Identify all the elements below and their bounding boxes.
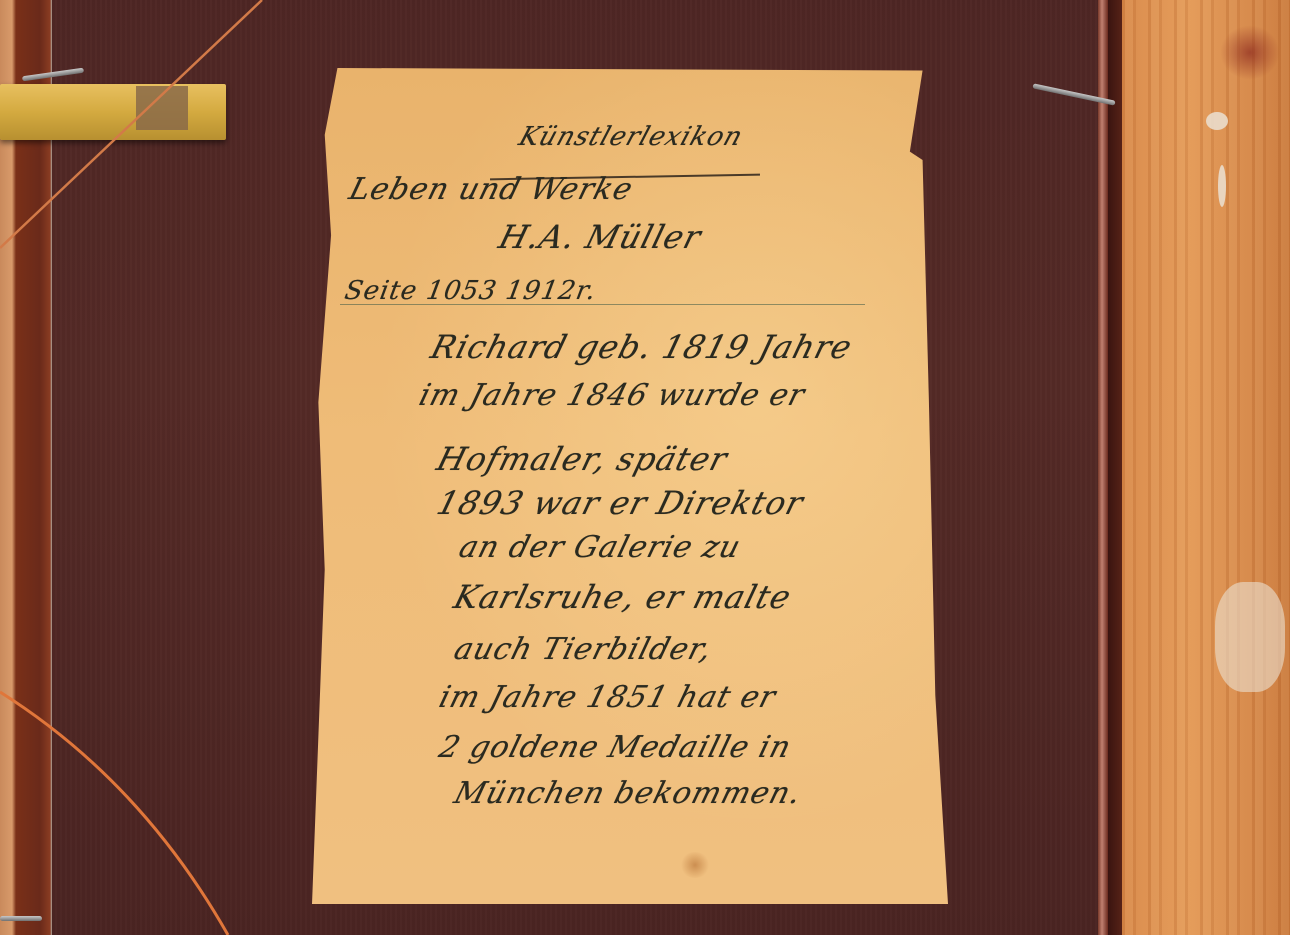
note-body-line: Karlsruhe, er malte xyxy=(450,578,796,616)
red-paint-stain xyxy=(1220,25,1280,80)
board-edge xyxy=(1098,0,1108,935)
note-body-line: Hofmaler, später xyxy=(433,440,732,478)
white-paint-spot xyxy=(1206,112,1228,130)
white-paint-spot xyxy=(1215,582,1285,692)
note-page-ref: Seite 1053 1912r. xyxy=(342,276,598,306)
note-body-line: München bekommen. xyxy=(450,776,805,811)
note-body-line: 2 goldene Medaille in xyxy=(435,730,795,765)
note-body-line: 1893 war er Direktor xyxy=(433,484,808,522)
nail xyxy=(0,916,42,921)
note-body-line: im Jahre 1846 wurde er xyxy=(415,378,809,413)
note-body-line: im Jahre 1851 hat er xyxy=(435,680,780,715)
paper-stain xyxy=(680,852,710,878)
note-body-line: Richard geb. 1819 Jahre xyxy=(427,328,857,366)
white-paint-spot xyxy=(1218,165,1226,207)
green-arrow-line xyxy=(340,304,865,305)
wooden-stretcher-bar xyxy=(1122,0,1290,935)
note-heading: Künstlerlexikon xyxy=(515,122,747,152)
note-subtitle-2: H.A. Müller xyxy=(495,218,706,256)
gold-frame-clip xyxy=(0,84,226,140)
note-body-line: auch Tierbilder, xyxy=(450,632,716,667)
note-body-line: an der Galerie zu xyxy=(455,530,745,565)
note-subtitle-1: Leben und Werke xyxy=(345,172,637,207)
clip-patch xyxy=(136,86,188,130)
left-frame-strip xyxy=(0,0,52,935)
photo-scene: Künstlerlexikon Leben und Werke H.A. Mül… xyxy=(0,0,1290,935)
